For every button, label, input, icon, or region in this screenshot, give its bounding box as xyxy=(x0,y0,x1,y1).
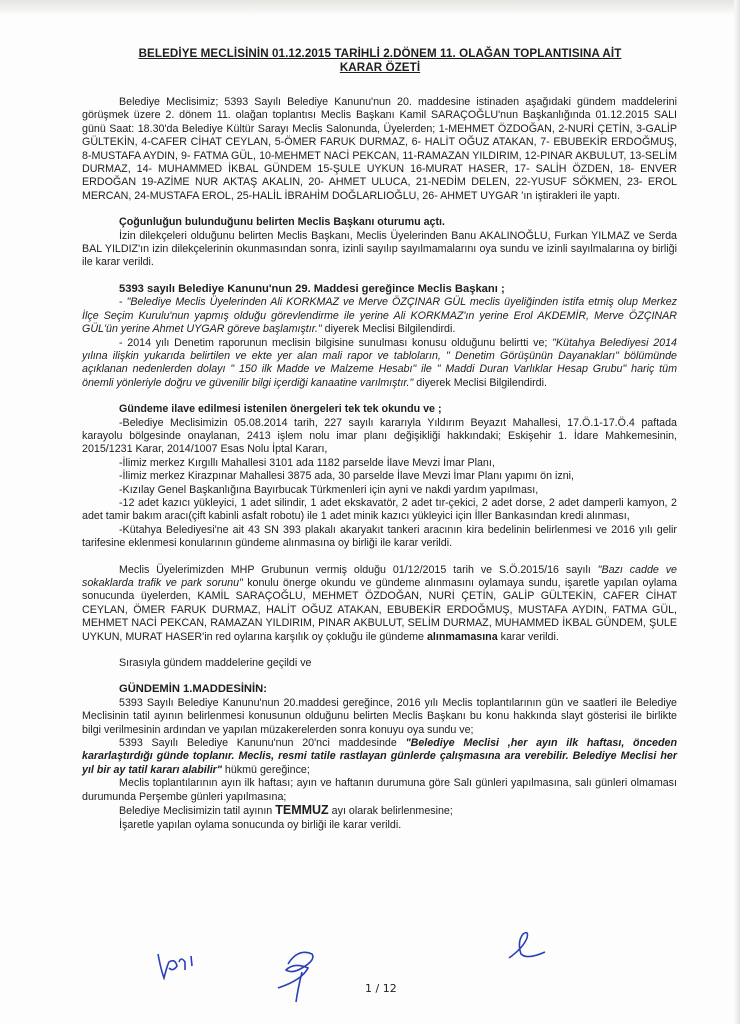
bold-span: TEMMUZ xyxy=(275,803,328,817)
page-number: 1 / 12 xyxy=(365,982,397,995)
text-span: - 2014 yılı Denetim raporunun meclisin b… xyxy=(119,337,552,349)
item1-paragraph-4: Belediye Meclisimizin tatil ayının TEMMU… xyxy=(82,804,677,818)
intro-paragraph: Belediye Meclisimiz; 5393 Sayılı Belediy… xyxy=(82,96,677,203)
mhp-motion-paragraph: Meclis Üyelerimizden MHP Grubunun vermiş… xyxy=(82,564,677,644)
quorum-heading: Çoğunluğun bulunduğunu belirten Meclis B… xyxy=(82,216,677,229)
text-span: Belediye Meclisimizin tatil ayının xyxy=(119,805,275,817)
article29-paragraph-1: - "Belediye Meclis Üyelerinden Ali KORKM… xyxy=(82,296,677,336)
article29-heading: 5393 sayılı Belediye Kanunu'nun 29. Madd… xyxy=(82,283,677,296)
item1-paragraph-3: Meclis toplantılarının ayın ilk haftası;… xyxy=(82,777,677,804)
leave-paragraph: İzin dilekçeleri olduğunu belirten Mecli… xyxy=(82,230,677,270)
bold-span: alınmamasına xyxy=(427,631,498,643)
agenda-item: -Kızılay Genel Başkanlığına Bayırbucak T… xyxy=(82,484,677,497)
agenda-item: -12 adet kazıcı yükleyici, 1 adet silind… xyxy=(82,497,677,524)
text-span: diyerek Meclisi Bilgilendirdi. xyxy=(322,323,456,335)
document-body: Belediye Meclisimiz; 5393 Sayılı Belediy… xyxy=(82,96,677,832)
agenda-add-heading: Gündeme ilave edilmesi istenilen önergel… xyxy=(82,403,677,416)
item1-paragraph-2: 5393 Sayılı Belediye Kanunu'nun 20'nci m… xyxy=(82,737,677,777)
signature-3-icon xyxy=(505,928,555,964)
signature-1-icon xyxy=(155,948,205,984)
scan-right-edge xyxy=(734,0,740,1024)
text-span: - xyxy=(119,296,127,308)
document-title: BELEDİYE MECLİSİNİN 01.12.2015 TARİHLİ 2… xyxy=(100,47,660,75)
agenda-item: -İlimiz merkez Kırgıllı Mahallesi 3101 a… xyxy=(82,457,677,470)
text-span: Meclis Üyelerimizden MHP Grubunun vermiş… xyxy=(119,564,598,576)
text-span: diyerek Meclisi Bilgilendirdi. xyxy=(413,377,547,389)
title-line-2: KARAR ÖZETİ xyxy=(100,61,660,75)
signature-2-icon xyxy=(272,944,332,1004)
text-span: ayı olarak belirlenmesine; xyxy=(329,805,453,817)
scan-top-edge xyxy=(0,0,740,14)
text-span: karar verildi. xyxy=(498,631,559,643)
item1-heading: GÜNDEMİN 1.MADDESİNİN: xyxy=(82,683,677,696)
item1-paragraph-1: 5393 Sayılı Belediye Kanunu'nun 20.madde… xyxy=(82,697,677,737)
text-span: hükmü gereğince; xyxy=(222,764,310,776)
sequence-paragraph: Sırasıyla gündem maddelerine geçildi ve xyxy=(82,657,677,670)
agenda-item: -Kütahya Belediyesi'ne ait 43 SN 393 pla… xyxy=(82,524,677,551)
text-span: 5393 Sayılı Belediye Kanunu'nun 20'nci m… xyxy=(119,737,406,749)
agenda-item: -İlimiz merkez Kirazpınar Mahallesi 3875… xyxy=(82,470,677,483)
item1-paragraph-5: İşaretle yapılan oylama sonucunda oy bir… xyxy=(82,819,677,832)
agenda-item: -Belediye Meclisimizin 05.08.2014 tarih,… xyxy=(82,417,677,457)
title-line-1: BELEDİYE MECLİSİNİN 01.12.2015 TARİHLİ 2… xyxy=(100,47,660,61)
article29-paragraph-2: - 2014 yılı Denetim raporunun meclisin b… xyxy=(82,337,677,391)
